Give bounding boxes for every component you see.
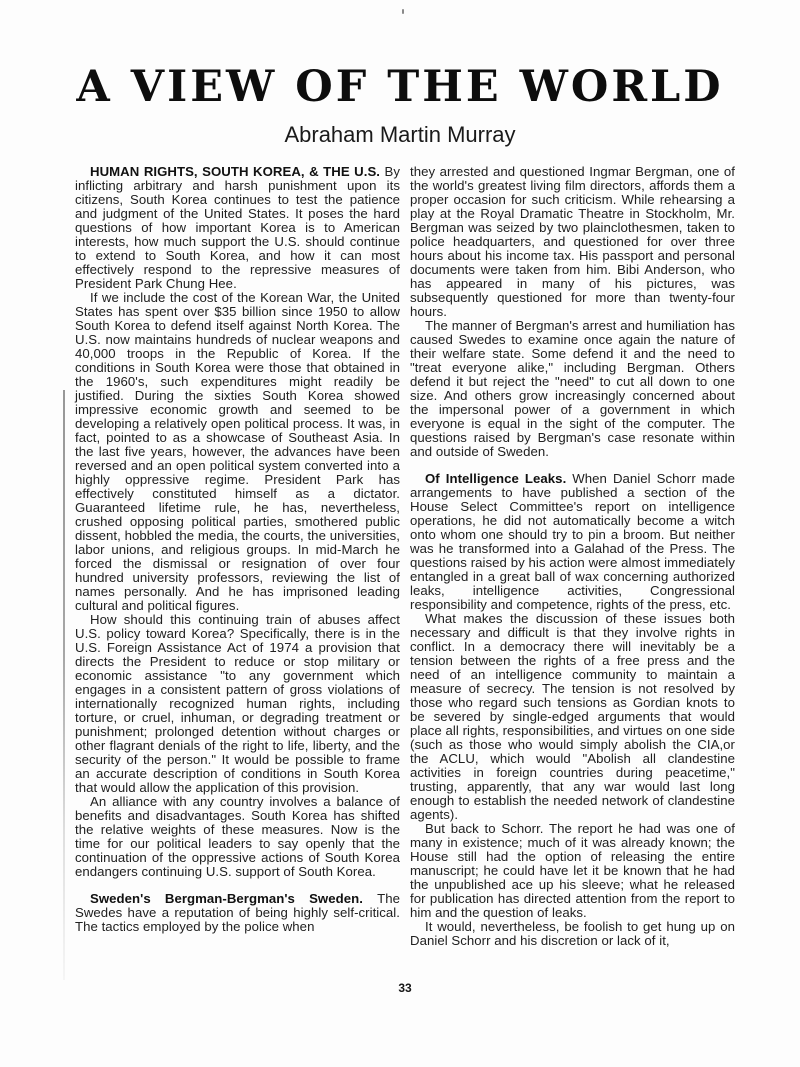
paragraph: If we include the cost of the Korean War… — [75, 291, 400, 613]
paragraph: An alliance with any country involves a … — [75, 795, 400, 879]
paragraph: But back to Schorr. The report he had wa… — [410, 822, 735, 920]
section-heading: Of Intelligence Leaks. — [425, 471, 572, 486]
article-columns: HUMAN RIGHTS, SOUTH KOREA, & THE U.S. By… — [75, 165, 735, 948]
paragraph: Of Intelligence Leaks. When Daniel Schor… — [410, 472, 735, 612]
scan-speck-artifact — [402, 9, 404, 14]
paragraph: It would, nevertheless, be foolish to ge… — [410, 920, 735, 948]
paragraph: How should this continuing train of abus… — [75, 613, 400, 795]
left-column: HUMAN RIGHTS, SOUTH KOREA, & THE U.S. By… — [75, 165, 400, 948]
section-heading: Sweden's Bergman-Bergman's Sweden. — [90, 891, 377, 906]
author-byline: Abraham Martin Murray — [0, 122, 800, 148]
paragraph: Sweden's Bergman-Bergman's Sweden. The S… — [75, 892, 400, 934]
section-heading: HUMAN RIGHTS, SOUTH KOREA, & THE U.S. — [90, 164, 385, 179]
paragraph: The manner of Bergman's arrest and humil… — [410, 319, 735, 459]
scan-edge-line-artifact — [63, 390, 65, 980]
magazine-page: A VIEW OF THE WORLD Abraham Martin Murra… — [0, 0, 800, 1067]
page-title: A VIEW OF THE WORLD — [0, 64, 800, 110]
paragraph: they arrested and questioned Ingmar Berg… — [410, 165, 735, 319]
right-column: they arrested and questioned Ingmar Berg… — [410, 165, 735, 948]
paragraph: HUMAN RIGHTS, SOUTH KOREA, & THE U.S. By… — [75, 165, 400, 291]
paragraph: What makes the discussion of these issue… — [410, 612, 735, 822]
page-number: 33 — [75, 981, 735, 995]
